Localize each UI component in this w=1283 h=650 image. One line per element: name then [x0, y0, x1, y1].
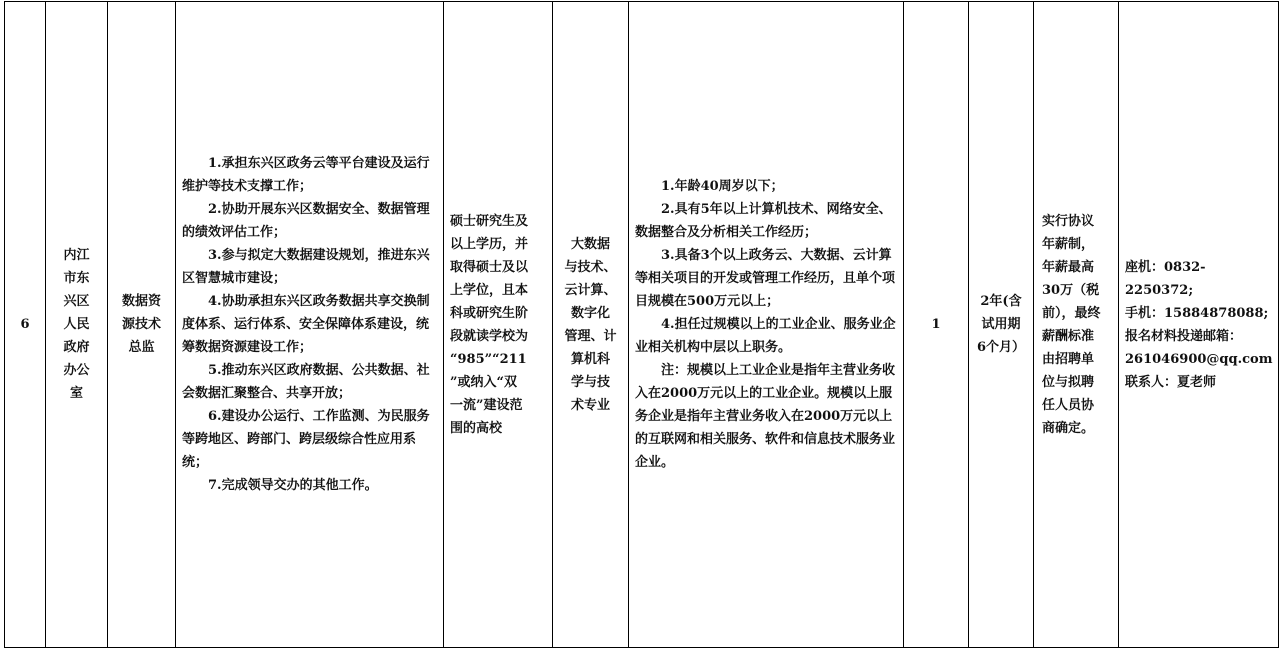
education-line: 围的高校: [450, 417, 546, 440]
department-line: 室: [46, 382, 107, 405]
duty-item: 2.协助开展东兴区数据安全、数据管理的绩效评估工作；: [182, 198, 437, 244]
education-line: 取得硕士及以: [450, 256, 546, 279]
contact-mobile: 手机：15884878088;: [1125, 302, 1272, 325]
position-line: 源技术: [108, 313, 175, 336]
major-line: 与技术、: [553, 256, 628, 279]
requirement-item: 4.担任过规模以上的工业企业、服务业企业相关机构中层以上职务。: [635, 313, 897, 359]
major-line: 学与技: [553, 371, 628, 394]
major-cell: 大数据 与技术、 云计算、 数字化 管理、计 算机科 学与技 术专业: [553, 2, 629, 648]
education-line: ”或纳入“双: [450, 371, 546, 394]
row-index-cell: 6: [5, 2, 46, 648]
position-line: 总监: [108, 336, 175, 359]
education-cell: 硕士研究生及 以上学历，并 取得硕士及以 上学位，且本 科或研究生阶 段就读学校…: [444, 2, 553, 648]
education-line: 科或研究生阶: [450, 302, 546, 325]
education-line: “985”“211: [450, 348, 546, 371]
contact-email: 261046900@qq.com: [1125, 348, 1272, 371]
duty-item: 7.完成领导交办的其他工作。: [182, 474, 437, 497]
recruitment-table: 6 内江 市东 兴区 人民 政府 办公 室 数据资 源技术 总监 1.承担东兴区…: [4, 1, 1279, 648]
contact-cell: 座机：0832-2250372; 手机：15884878088; 报名材料投递邮…: [1119, 2, 1279, 648]
contact-landline: 座机：0832-2250372;: [1125, 256, 1272, 302]
requirement-note: 注：规模以上工业企业是指年主营业务收入在2000万元以上的工业企业。规模以上服务…: [635, 359, 897, 474]
salary-line: 年薪最高: [1042, 256, 1110, 279]
salary-line: 薪酬标准: [1042, 325, 1110, 348]
education-line: 硕士研究生及: [450, 210, 546, 233]
salary-line: 30万（税: [1042, 279, 1110, 302]
headcount-cell: 1: [904, 2, 969, 648]
salary-line: 位与拟聘: [1042, 371, 1110, 394]
education-line: 上学位，且本: [450, 279, 546, 302]
duty-item: 3.参与拟定大数据建设规划，推进东兴区智慧城市建设；: [182, 244, 437, 290]
duty-item: 5.推动东兴区政府数据、公共数据、社会数据汇聚整合、共享开放；: [182, 359, 437, 405]
duty-item: 6.建设办公运行、工作监测、为民服务等跨地区、跨部门、跨层级综合性应用系统；: [182, 405, 437, 474]
major-line: 管理、计: [553, 325, 628, 348]
table-row: 6 内江 市东 兴区 人民 政府 办公 室 数据资 源技术 总监 1.承担东兴区…: [5, 2, 1279, 648]
contact-person: 联系人：夏老师: [1125, 371, 1272, 394]
department-line: 兴区: [46, 290, 107, 313]
education-line: 一流”建设范: [450, 394, 546, 417]
salary-line: 实行协议: [1042, 210, 1110, 233]
duties-cell: 1.承担东兴区政务云等平台建设及运行维护等技术支撑工作； 2.协助开展东兴区数据…: [176, 2, 444, 648]
department-line: 人民: [46, 313, 107, 336]
requirement-item: 1.年龄40周岁以下；: [635, 175, 897, 198]
position-cell: 数据资 源技术 总监: [108, 2, 176, 648]
salary-cell: 实行协议 年薪制， 年薪最高 30万（税 前），最终 薪酬标准 由招聘单 位与拟…: [1034, 2, 1119, 648]
term-cell: 2年(含 试用期 6个月）: [969, 2, 1034, 648]
salary-line: 商确定。: [1042, 417, 1110, 440]
salary-line: 前），最终: [1042, 302, 1110, 325]
salary-line: 任人员协: [1042, 394, 1110, 417]
major-line: 云计算、: [553, 279, 628, 302]
duty-item: 4.协助承担东兴区政务数据共享交换制度体系、运行体系、安全保障体系建设，统筹数据…: [182, 290, 437, 359]
department-line: 办公: [46, 359, 107, 382]
major-line: 大数据: [553, 233, 628, 256]
education-line: 以上学历，并: [450, 233, 546, 256]
row-index: 6: [20, 317, 29, 332]
major-line: 术专业: [553, 394, 628, 417]
requirement-item: 3.具备3个以上政务云、大数据、云计算等相关项目的开发或管理工作经历，且单个项目…: [635, 244, 897, 313]
headcount-value: 1: [931, 317, 940, 332]
term-line: 6个月）: [969, 336, 1033, 359]
major-line: 算机科: [553, 348, 628, 371]
requirement-item: 2.具有5年以上计算机技术、网络安全、数据整合及分析相关工作经历；: [635, 198, 897, 244]
duty-item: 1.承担东兴区政务云等平台建设及运行维护等技术支撑工作；: [182, 152, 437, 198]
position-line: 数据资: [108, 290, 175, 313]
education-line: 段就读学校为: [450, 325, 546, 348]
major-line: 数字化: [553, 302, 628, 325]
department-cell: 内江 市东 兴区 人民 政府 办公 室: [46, 2, 108, 648]
salary-line: 年薪制，: [1042, 233, 1110, 256]
requirements-cell: 1.年龄40周岁以下； 2.具有5年以上计算机技术、网络安全、数据整合及分析相关…: [629, 2, 904, 648]
department-line: 政府: [46, 336, 107, 359]
term-line: 试用期: [969, 313, 1033, 336]
term-line: 2年(含: [969, 290, 1033, 313]
salary-line: 由招聘单: [1042, 348, 1110, 371]
contact-email-label: 报名材料投递邮箱：: [1125, 325, 1272, 348]
recruitment-table-sheet: 6 内江 市东 兴区 人民 政府 办公 室 数据资 源技术 总监 1.承担东兴区…: [4, 1, 1278, 649]
department-line: 市东: [46, 267, 107, 290]
department-line: 内江: [46, 244, 107, 267]
